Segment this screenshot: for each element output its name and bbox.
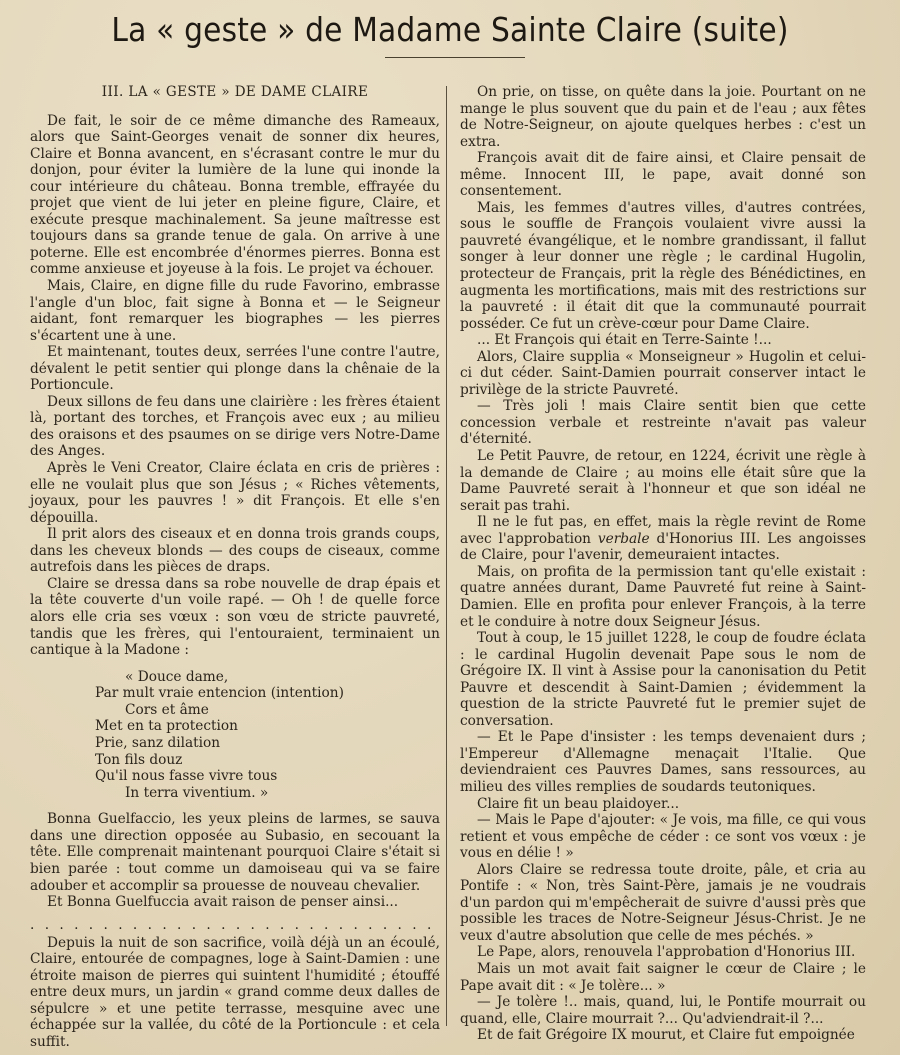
paragraph: On prie, on tisse, on quête dans la joie… [460,84,866,150]
title-underline-rule [385,57,525,58]
paragraph: Mais, les femmes d'autres villes, d'autr… [460,200,866,332]
poem-line: Par mult vraie entencion (intention) [95,685,440,702]
paragraph: Tout à coup, le 15 juillet 1228, le coup… [460,630,866,729]
paragraph: Claire se dressa dans sa robe nouvelle d… [30,576,440,659]
paragraph: Le Petit Pauvre, de retour, en 1224, écr… [460,448,866,514]
poem-line: Met en ta protection [95,718,440,735]
paragraph: De fait, le soir de ce même dimanche des… [30,113,440,278]
poem-line: Prie, sanz dilation [95,735,440,752]
paragraph: Bonna Guelfaccio, les yeux pleins de lar… [30,811,440,894]
paragraph: ... Et François qui était en Terre-Saint… [460,332,866,349]
paragraph: Le Pape, alors, renouvela l'approbation … [460,944,866,961]
paragraph: — Et le Pape d'insister : les temps deve… [460,729,866,795]
paragraph: Après le Veni Creator, Claire éclata en … [30,460,440,526]
paragraph: Il prit alors des ciseaux et en donna tr… [30,526,440,576]
poem-block: « Douce dame, Par mult vraie entencion (… [30,669,440,802]
magazine-page: La « geste » de Madame Sainte Claire (su… [0,0,900,1055]
poem-line: « Douce dame, [95,669,440,686]
italic-word: verbale [598,531,650,547]
paragraph-verbale: Il ne le fut pas, en effet, mais la règl… [460,514,866,564]
poem-line: In terra viventium. » [95,785,440,802]
paragraph: — Mais le Pape d'ajouter: « Je vois, ma … [460,812,866,862]
paragraph: Depuis la nuit de son sacrifice, voilà d… [30,935,440,1051]
paragraph: Et Bonna Guelfuccia avait raison de pens… [30,894,440,911]
column-divider-rule [446,86,447,1026]
article-title: La « geste » de Madame Sainte Claire (su… [45,10,855,49]
paragraph: Alors, Claire supplia « Monseigneur » Hu… [460,349,866,399]
poem-line: Qu'il nous fasse vivre tous [95,768,440,785]
paragraph: — Je tolère !.. mais, quand, lui, le Pon… [460,994,866,1027]
paragraph: Alors Claire se redressa toute droite, p… [460,862,866,945]
left-column: III. LA « GESTE » DE DAME CLAIRE De fait… [30,84,440,1050]
right-column: On prie, on tisse, on quête dans la joie… [460,84,866,1044]
paragraph: François avait dit de faire ainsi, et Cl… [460,150,866,200]
paragraph: Mais, Claire, en digne fille du rude Fav… [30,278,440,344]
paragraph: Mais, on profita de la permission tant q… [460,564,866,630]
paragraph: Et maintenant, toutes deux, serrées l'un… [30,344,440,394]
section-heading: III. LA « GESTE » DE DAME CLAIRE [30,84,440,101]
paragraph: Deux sillons de feu dans une clairière :… [30,394,440,460]
paragraph: — Très joli ! mais Claire sentit bien qu… [460,398,866,448]
poem-line: Ton fils douz [95,752,440,769]
dotted-separator: . . . . . . . . . . . . . . . . . . . . … [30,917,440,931]
poem-line: Cors et âme [95,702,440,719]
paragraph: Mais un mot avait fait saigner le cœur d… [460,961,866,994]
paragraph: Et de fait Grégoire IX mourut, et Claire… [460,1027,866,1044]
paragraph: Claire fit un beau plaidoyer... [460,796,866,813]
